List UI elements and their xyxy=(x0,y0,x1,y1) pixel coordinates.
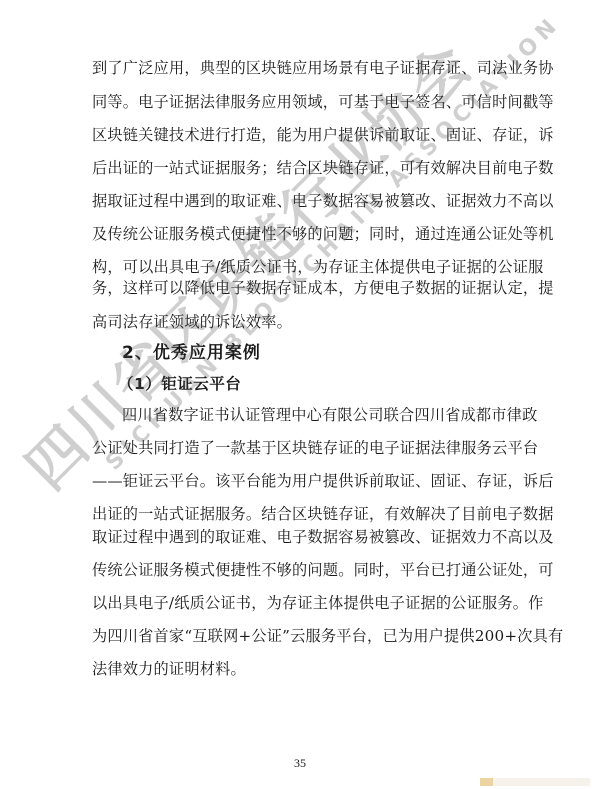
paragraph-line: 务，这样可以降低电子数据存证成本，方便电子数据的证据认定，提 xyxy=(92,278,512,298)
section-heading: 2、优秀应用案例 xyxy=(122,342,261,364)
paragraph-line: 据取证过程中遇到的取证难、电子数据容易被篡改、证据效力不高以 xyxy=(92,191,512,211)
subsection-heading: （1）钜证云平台 xyxy=(118,374,241,394)
paragraph-line: 法律效力的证明材料。 xyxy=(92,659,512,679)
paragraph-line: 传统公证服务模式便捷性不够的问题。同时，平台已打通公证处，可 xyxy=(92,560,512,580)
paragraph-line: 区块链关键技术进行打造，能为用户提供诉前取证、固证、存证，诉 xyxy=(92,125,512,145)
paragraph-line: 四川省数字证书认证管理中心有限公司联合四川省成都市律政 xyxy=(122,405,512,425)
paragraph-line: 公证处共同打造了一款基于区块链存证的电子证据法律服务云平台 xyxy=(92,438,512,458)
paragraph-line: 到了广泛应用，典型的区块链应用场景有电子证据存证、司法业务协 xyxy=(92,58,512,78)
paragraph-line: 后出证的一站式证据服务；结合区块链存证，可有效解决目前电子数 xyxy=(92,158,512,178)
paragraph-line: 及传统公证服务模式便捷性不够的问题；同时，通过连通公证处等机 xyxy=(92,224,512,244)
page-number: 35 xyxy=(0,756,600,771)
paragraph-line: 高司法存证领域的诉讼效率。 xyxy=(92,312,512,332)
paragraph-line: 以出具电子/纸质公证书，为存证主体提供电子证据的公证服务。作 xyxy=(92,593,512,613)
paragraph-line: 为四川省首家“互联网+公证”云服务平台，已为用户提供200+次具有 xyxy=(92,626,512,646)
document-page: 到了广泛应用，典型的区块链应用场景有电子证据存证、司法业务协 同等。电子证据法律… xyxy=(0,0,600,789)
paragraph-line: ——钜证云平台。该平台能为用户提供诉前取证、固证、存证，诉后 xyxy=(92,471,512,491)
paragraph-line: 取证过程中遇到的取证难、电子数据容易被篡改、证据效力不高以及 xyxy=(92,527,512,547)
paragraph-line: 构，可以出具电子/纸质公证书，为存证主体提供电子证据的公证服 xyxy=(92,257,512,277)
corner-logo-icon xyxy=(480,778,590,786)
paragraph-line: 同等。电子证据法律服务应用领域，可基于电子签名、可信时间戳等 xyxy=(92,92,512,112)
paragraph-line: 出证的一站式证据服务。结合区块链存证，有效解决了目前电子数据 xyxy=(92,504,512,524)
